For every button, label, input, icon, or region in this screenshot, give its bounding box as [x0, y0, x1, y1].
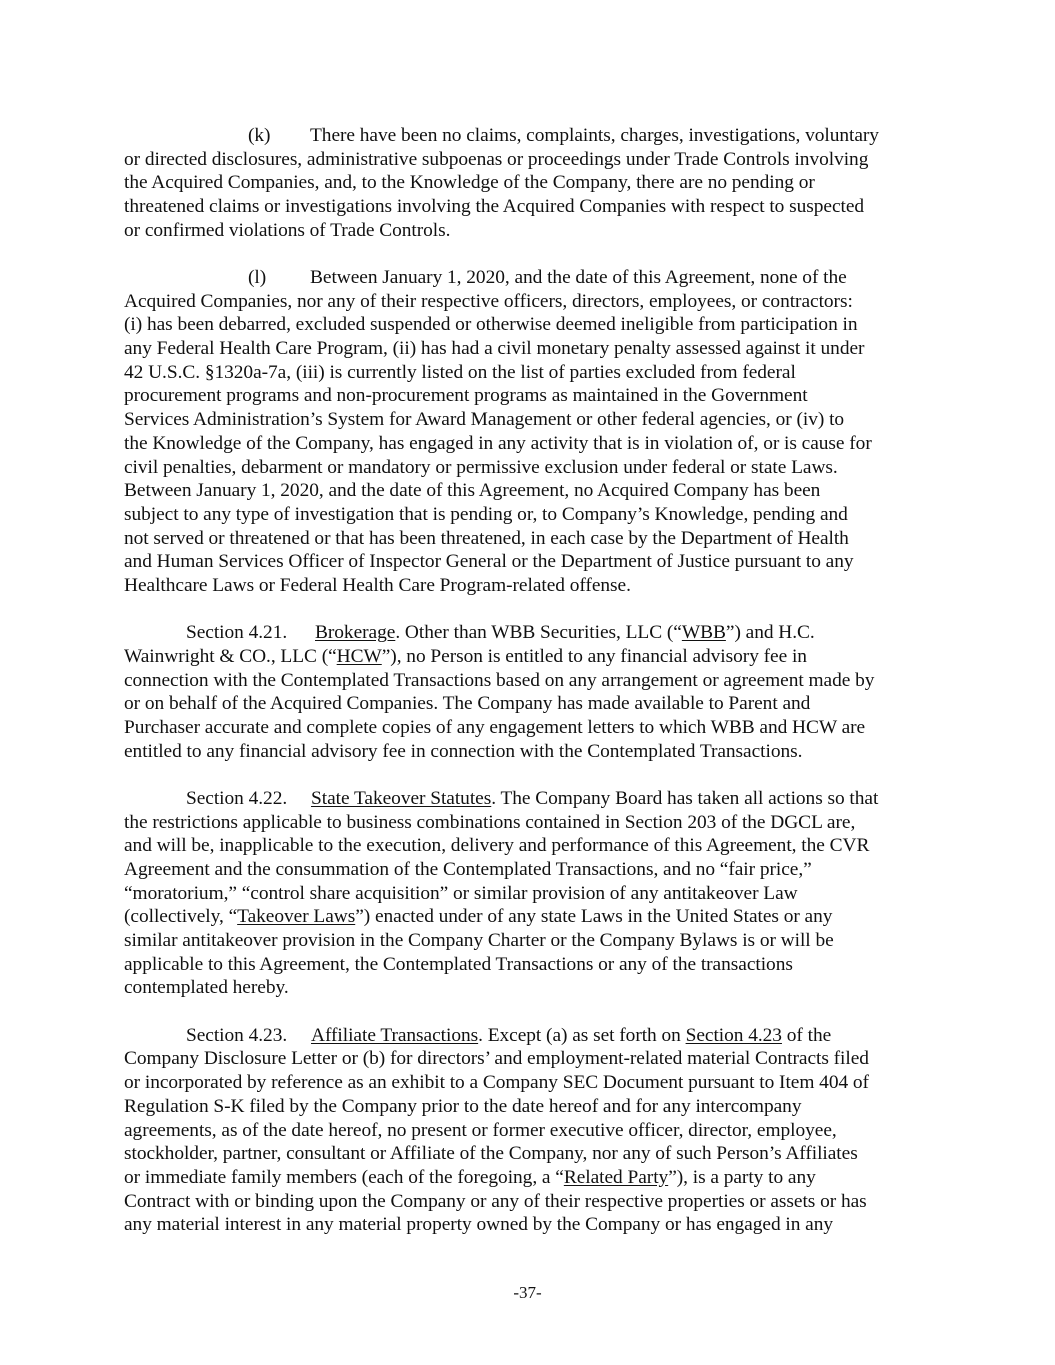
section-4-21-brokerage: Section 4.21.Brokerage. Other than WBB S…	[124, 621, 934, 763]
defined-term-takeover-laws: Takeover Laws	[237, 906, 355, 927]
section-number: Section 4.21.	[186, 621, 315, 645]
page-number: -37-	[0, 1283, 1055, 1303]
defined-term-wbb: WBB	[682, 622, 726, 643]
document-page: (k)There have been no claims, complaints…	[124, 124, 934, 1261]
section-heading: Affiliate Transactions	[311, 1025, 478, 1046]
section-4-23-affiliate-transactions: Section 4.23.Affiliate Transactions. Exc…	[124, 1024, 934, 1237]
section-reference: Section 4.23	[686, 1025, 782, 1046]
section-heading: State Takeover Statutes	[311, 788, 491, 809]
paragraph-l: (l)Between January 1, 2020, and the date…	[124, 266, 934, 598]
section-number: Section 4.23.	[186, 1024, 311, 1048]
defined-term-hcw: HCW	[337, 646, 382, 667]
section-heading: Brokerage	[315, 622, 395, 643]
list-marker: (k)	[248, 124, 310, 148]
section-4-22-state-takeover-statutes: Section 4.22.State Takeover Statutes. Th…	[124, 787, 934, 1000]
defined-term-related-party: Related Party	[564, 1167, 668, 1188]
paragraph-k: (k)There have been no claims, complaints…	[124, 124, 934, 242]
list-marker: (l)	[248, 266, 310, 290]
section-number: Section 4.22.	[186, 787, 311, 811]
